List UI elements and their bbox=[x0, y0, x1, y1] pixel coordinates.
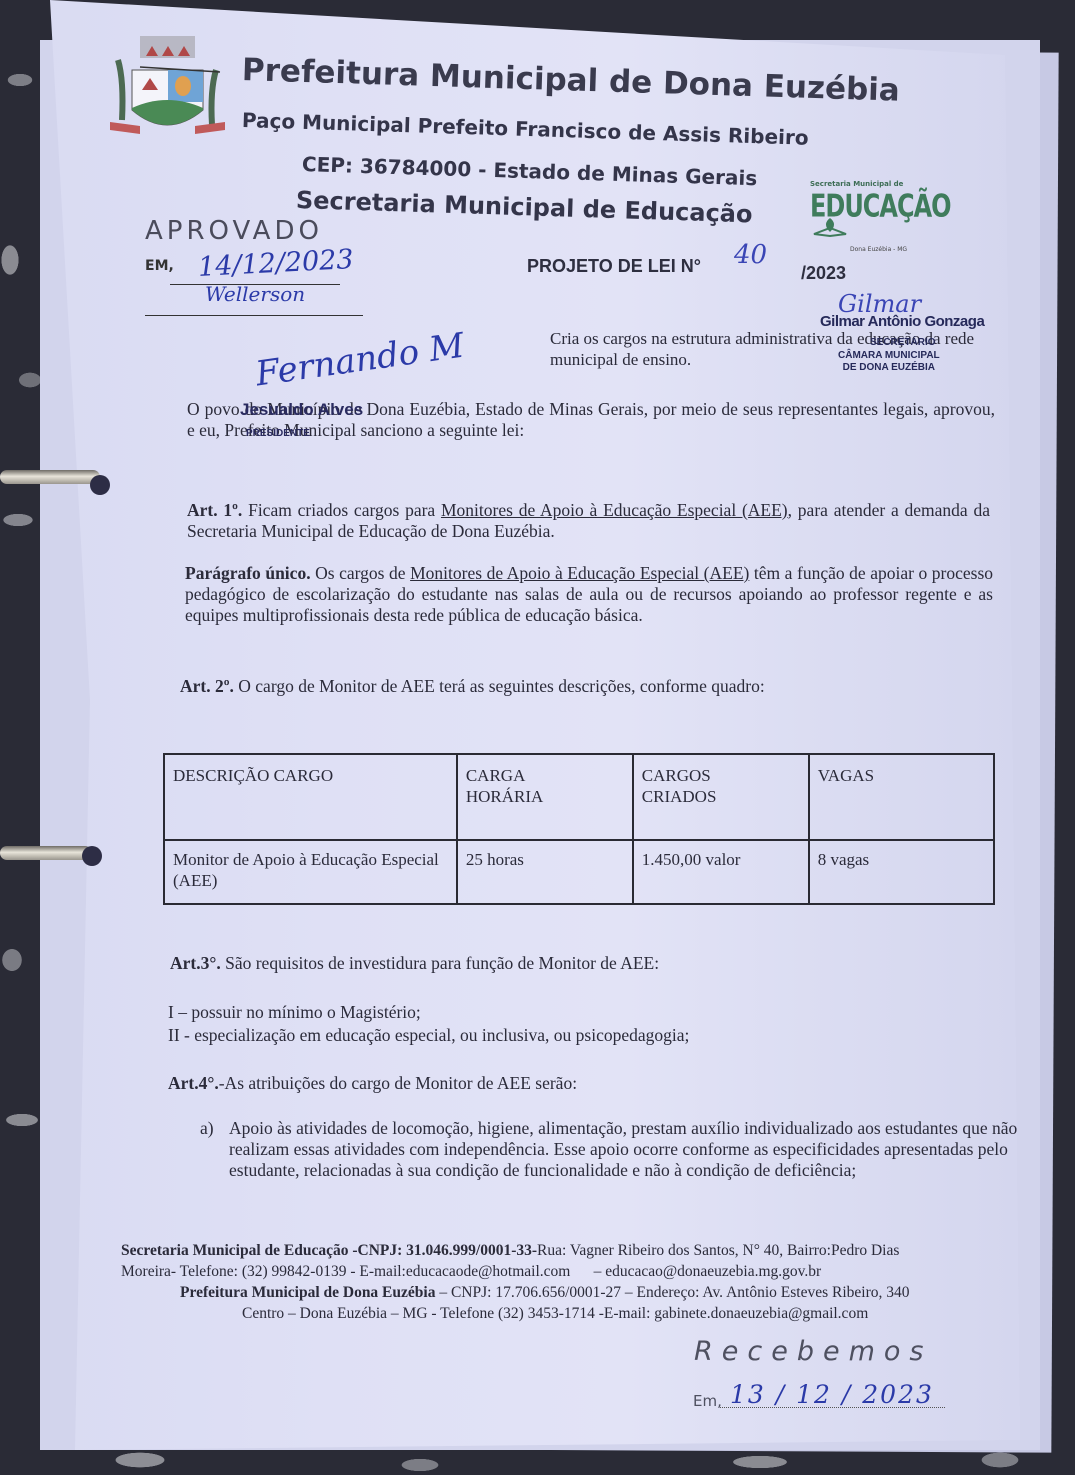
bill-number: 40 bbox=[734, 240, 767, 270]
article-underlined: Monitores de Apoio à Educação Especial (… bbox=[410, 563, 749, 583]
article-1: Art. 1º. Ficam criados cargos para Monit… bbox=[187, 500, 990, 542]
table-cell: 8 vagas bbox=[809, 840, 994, 904]
mayor-signature: Fernando M bbox=[253, 326, 467, 395]
attribution-item: a) Apoio às atividades de locomoção, hig… bbox=[200, 1118, 1028, 1181]
edu-logo-text: EDUCAÇÃO bbox=[810, 188, 951, 224]
article-2: Art. 2º. O cargo de Monitor de AEE terá … bbox=[180, 676, 940, 697]
table-cell: 25 horas bbox=[457, 840, 633, 904]
binder-ring-hole bbox=[82, 846, 102, 866]
table-row: Monitor de Apoio à Educação Especial (AE… bbox=[164, 840, 994, 904]
edu-logo-place: Dona Euzébia - MG bbox=[850, 246, 970, 253]
header-department: Secretaria Municipal de Educação bbox=[296, 186, 753, 228]
stamp-org-line: DE DONA EUZÉBIA bbox=[838, 362, 940, 374]
president-stamp-name: Jesualdo Alves bbox=[240, 400, 363, 420]
divider bbox=[145, 315, 363, 316]
footer-bold: Prefeitura Municipal de Dona Euzébia bbox=[180, 1284, 435, 1301]
secretary-stamp-role: SECRETÁRIO bbox=[870, 337, 936, 348]
footer-text: – CNPJ: 17.706.656/0001-27 – Endereço: A… bbox=[435, 1284, 909, 1301]
article-label: Art.3°. bbox=[170, 953, 221, 973]
approved-date-handwritten: 14/12/2023 bbox=[197, 244, 354, 283]
table-cell: Monitor de Apoio à Educação Especial (AE… bbox=[164, 840, 457, 904]
footer-line: Secretaria Municipal de Educação -CNPJ: … bbox=[121, 1240, 899, 1261]
footer-line: Prefeitura Municipal de Dona Euzébia – C… bbox=[180, 1282, 909, 1303]
requirement-item: I – possuir no mínimo o Magistério; bbox=[168, 1002, 968, 1023]
received-date-handwritten: 13 / 12 / 2023 bbox=[730, 1380, 934, 1409]
footer-line: Moreira- Telefone: (32) 99842-0139 - E-m… bbox=[121, 1261, 821, 1282]
article-text: São requisitos de investidura para funçã… bbox=[221, 953, 659, 973]
article-3: Art.3°. São requisitos de investidura pa… bbox=[170, 953, 970, 974]
binder-ring bbox=[0, 470, 100, 484]
requirement-item: II - especialização em educação especial… bbox=[168, 1025, 968, 1046]
table-cell: 1.450,00 valor bbox=[633, 840, 809, 904]
article-underlined: Monitores de Apoio à Educação Especial (… bbox=[441, 500, 788, 520]
coat-of-arms-icon bbox=[110, 30, 225, 140]
table-header-row: DESCRIÇÃO CARGO CARGA HORÁRIA CARGOS CRI… bbox=[164, 754, 994, 840]
president-stamp-role: PRESIDENTE bbox=[246, 428, 310, 439]
article-4: Art.4°.-As atribuições do cargo de Monit… bbox=[168, 1073, 968, 1094]
received-stamp: Recebemos bbox=[694, 1336, 932, 1367]
edu-logo-small: Secretaria Municipal de bbox=[810, 180, 970, 188]
footer-text: Rua: Vagner Ribeiro dos Santos, N° 40, B… bbox=[537, 1242, 899, 1259]
approval-signature: Wellerson bbox=[205, 282, 305, 306]
header-subtitle: Paço Municipal Prefeito Francisco de Ass… bbox=[242, 108, 809, 150]
article-text: Ficam criados cargos para bbox=[242, 500, 441, 520]
paragrafo-unico: Parágrafo único. Os cargos de Monitores … bbox=[185, 563, 993, 626]
approved-stamp: APROVADO bbox=[145, 216, 323, 246]
article-text: Os cargos de bbox=[311, 563, 411, 583]
received-date-label: Em, bbox=[693, 1392, 722, 1410]
article-label: Parágrafo único. bbox=[185, 563, 311, 583]
item-marker: a) bbox=[200, 1118, 214, 1139]
document-page: Prefeitura Municipal de Dona Euzébia Paç… bbox=[30, 0, 1020, 1450]
binder-ring-hole bbox=[90, 475, 110, 495]
approved-date-label: EM, bbox=[145, 258, 174, 274]
bill-year: /2023 bbox=[801, 263, 846, 284]
footer-bold: Secretaria Municipal de Educação -CNPJ: … bbox=[121, 1242, 537, 1259]
article-text: -As atribuições do cargo de Monitor de A… bbox=[219, 1073, 577, 1093]
secretary-stamp-name: Gilmar Antônio Gonzaga bbox=[820, 313, 984, 330]
article-label: Art. 1º. bbox=[187, 500, 242, 520]
article-label: Art.4°. bbox=[168, 1073, 219, 1093]
education-logo: Secretaria Municipal de EDUCAÇÃO Dona Eu… bbox=[810, 180, 970, 253]
table-header-cell: DESCRIÇÃO CARGO bbox=[164, 754, 457, 840]
table-header-cell: CARGA HORÁRIA bbox=[457, 754, 633, 840]
header-title: Prefeitura Municipal de Dona Euzébia bbox=[241, 52, 900, 109]
item-text: Apoio às atividades de locomoção, higien… bbox=[229, 1118, 1028, 1181]
stamp-org-line: CÂMARA MUNICIPAL bbox=[838, 350, 940, 362]
article-label: Art. 2º. bbox=[180, 676, 234, 696]
header-cep: CEP: 36784000 - Estado de Minas Gerais bbox=[302, 152, 758, 190]
positions-table: DESCRIÇÃO CARGO CARGA HORÁRIA CARGOS CRI… bbox=[163, 753, 995, 905]
binder-ring bbox=[0, 846, 92, 860]
bill-label: PROJETO DE LEI N° bbox=[527, 256, 701, 277]
footer-line: Centro – Dona Euzébia – MG - Telefone (3… bbox=[242, 1303, 868, 1324]
table-header-cell: VAGAS bbox=[809, 754, 994, 840]
table-header-cell: CARGOS CRIADOS bbox=[633, 754, 809, 840]
secretary-stamp-org: CÂMARA MUNICIPAL DE DONA EUZÉBIA bbox=[838, 350, 940, 374]
article-text: O cargo de Monitor de AEE terá as seguin… bbox=[234, 676, 765, 696]
